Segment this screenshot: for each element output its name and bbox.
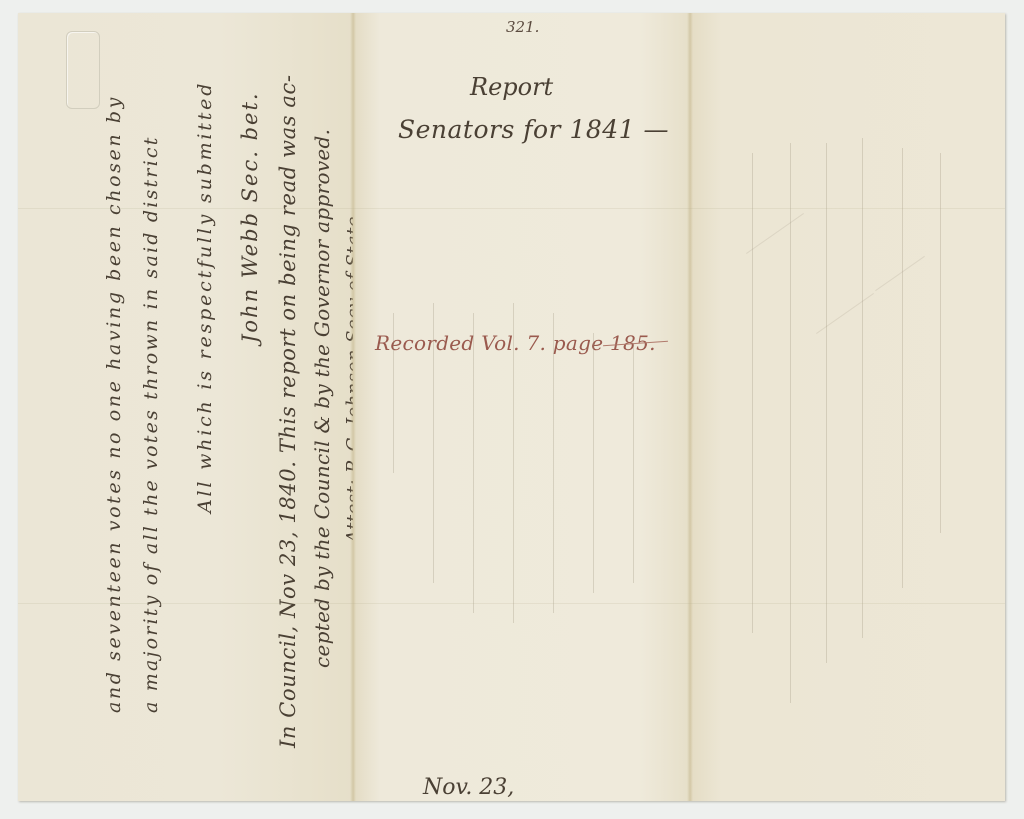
bleedthrough-stroke: [633, 343, 634, 583]
docket-date: Nov. 23,: [423, 775, 514, 800]
body-line-2: a majority of all the votes thrown in sa…: [140, 135, 162, 713]
fold-crease-right: [687, 13, 693, 801]
horizontal-crease: [18, 603, 1005, 604]
bleedthrough-stroke: [393, 313, 394, 473]
bleedthrough-stroke: [752, 153, 753, 633]
page-number: 321.: [506, 18, 539, 36]
bleedthrough-stroke: [553, 313, 554, 613]
embossed-stamp-icon: [66, 31, 100, 109]
bleedthrough-stroke: [790, 143, 791, 703]
docket-title: Report: [470, 73, 553, 101]
signature-john-webb: John Webb Sec. bet.: [238, 91, 262, 343]
bleedthrough-stroke: [875, 256, 925, 291]
manuscript-sheet: and seventeen votes no one having been c…: [18, 13, 1005, 801]
bleedthrough-stroke: [940, 153, 941, 533]
bleedthrough-stroke: [862, 138, 863, 638]
body-line-3-submitted: All which is respectfully submitted: [194, 81, 216, 513]
bleedthrough-stroke: [433, 303, 434, 583]
scan-background: and seventeen votes no one having been c…: [0, 0, 1024, 819]
bleedthrough-stroke: [513, 303, 514, 623]
right-blank-panel: [690, 13, 1005, 801]
docket-subtitle: Senators for 1841 —: [398, 115, 669, 144]
fold-crease-left: [350, 13, 356, 801]
middle-docket-panel: 321. Report Senators for 1841 — Recorded…: [353, 13, 690, 801]
left-panel: and seventeen votes no one having been c…: [18, 13, 353, 801]
horizontal-crease: [18, 208, 1005, 209]
bleedthrough-stroke: [473, 313, 474, 613]
bleedthrough-stroke: [816, 293, 874, 334]
council-minute-line-2: cepted by the Council & by the Governor …: [310, 129, 334, 668]
bleedthrough-stroke: [826, 143, 827, 663]
recorded-volume-note: Recorded Vol. 7. page 185.: [375, 331, 656, 355]
bleedthrough-stroke: [746, 213, 804, 254]
bleedthrough-stroke: [902, 148, 903, 588]
council-minute-line-1: In Council, Nov 23, 1840. This report on…: [276, 74, 300, 748]
bleedthrough-stroke: [593, 333, 594, 593]
body-line-1: and seventeen votes no one having been c…: [103, 95, 125, 713]
